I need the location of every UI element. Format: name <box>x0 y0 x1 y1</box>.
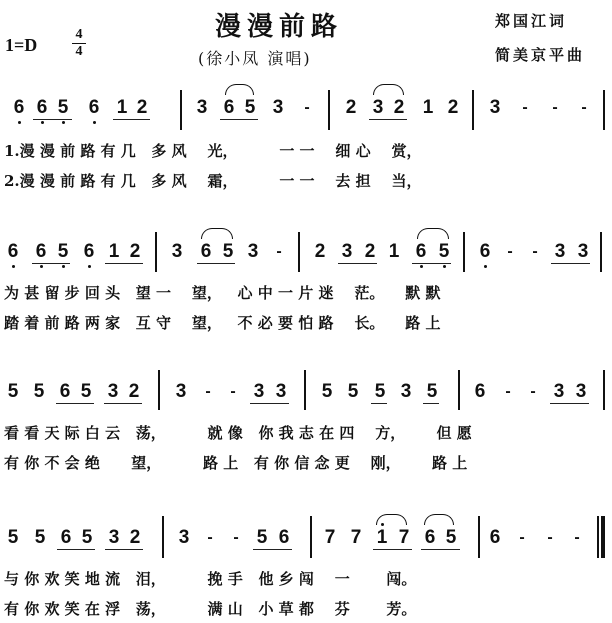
bar-line <box>158 370 160 410</box>
lower-octave-dot <box>484 265 487 268</box>
lyric-verse-1: 为 甚 留 步 回 头 望 一 望， 心 中 一 片 迷 茫。 默 默 <box>4 284 440 302</box>
note: 3 <box>274 382 288 402</box>
dash-extension: - <box>548 98 562 118</box>
note: 6 <box>277 528 291 548</box>
eighth-note-beam <box>373 549 412 550</box>
lyric-verse-2: 有 你 欢 笑 在 浮 荡， 满 山 小 草 都 芬 芳。 <box>4 600 416 618</box>
eighth-note-beam <box>369 119 407 120</box>
lyric-verse-1: 与 你 欢 笑 地 流 泪， 挽 手 他 乡 闯 一 闯。 <box>4 570 416 588</box>
time-signature-bottom: 4 <box>72 45 86 59</box>
note: 7 <box>349 528 363 548</box>
bar-line <box>458 370 460 410</box>
dash-extension: - <box>577 98 591 118</box>
note: 6 <box>12 98 26 118</box>
note: 3 <box>271 98 285 118</box>
note: 5 <box>444 528 458 548</box>
bar-line <box>603 90 605 130</box>
note: 6 <box>222 98 236 118</box>
note: 7 <box>397 528 411 548</box>
slur-arc <box>201 228 233 239</box>
eighth-note-beam <box>412 263 451 264</box>
dash-extension: - <box>203 528 217 548</box>
dash-extension: - <box>518 98 532 118</box>
note: 5 <box>6 528 20 548</box>
note: 2 <box>392 98 406 118</box>
note: 3 <box>174 382 188 402</box>
eighth-note-beam <box>423 403 439 404</box>
note: 2 <box>344 98 358 118</box>
lyricist-credit: 郑国江词 <box>495 10 567 31</box>
bar-line <box>155 232 157 272</box>
note: 5 <box>243 98 257 118</box>
lower-octave-dot <box>41 121 44 124</box>
eighth-note-beam <box>421 549 460 550</box>
note: 1 <box>107 242 121 262</box>
lower-octave-dot <box>62 121 65 124</box>
lower-octave-dot <box>12 265 15 268</box>
lower-octave-dot <box>40 265 43 268</box>
lower-octave-dot <box>443 265 446 268</box>
note: 5 <box>32 382 46 402</box>
lower-octave-dot <box>62 265 65 268</box>
note: 2 <box>313 242 327 262</box>
note: 3 <box>488 98 502 118</box>
note: 6 <box>478 242 492 262</box>
note: 3 <box>170 242 184 262</box>
dash-extension: - <box>570 528 584 548</box>
note: 2 <box>127 382 141 402</box>
lyric-verse-2: 踏 着 前 路 两 家 互 守 望， 不 必 要 怕 路 长。 路 上 <box>4 314 440 332</box>
dash-extension: - <box>229 528 243 548</box>
note: 6 <box>473 382 487 402</box>
note: 5 <box>437 242 451 262</box>
note: 2 <box>135 98 149 118</box>
note: 6 <box>34 242 48 262</box>
note: 3 <box>340 242 354 262</box>
note: 3 <box>106 382 120 402</box>
slur-arc <box>376 514 407 525</box>
note: 5 <box>255 528 269 548</box>
bar-line <box>472 90 474 130</box>
bar-line <box>304 370 306 410</box>
eighth-note-beam <box>56 403 94 404</box>
bar-line <box>310 516 312 558</box>
note: 6 <box>414 242 428 262</box>
lower-octave-dot <box>420 265 423 268</box>
eighth-note-beam <box>550 403 589 404</box>
note: 3 <box>252 382 266 402</box>
note: 2 <box>363 242 377 262</box>
note: 5 <box>33 528 47 548</box>
composer-credit: 简美京平曲 <box>495 44 585 65</box>
note: 5 <box>56 242 70 262</box>
note: 3 <box>574 382 588 402</box>
bar-line <box>328 90 330 130</box>
note: 5 <box>56 98 70 118</box>
eighth-note-beam <box>33 119 72 120</box>
note: 2 <box>446 98 460 118</box>
dash-extension: - <box>526 382 540 402</box>
time-signature: 4 4 <box>72 28 86 59</box>
dash-extension: - <box>503 242 517 262</box>
eighth-note-beam <box>250 403 289 404</box>
time-signature-top: 4 <box>72 28 86 42</box>
note: 3 <box>195 98 209 118</box>
note: 3 <box>246 242 260 262</box>
lyric-verse-2: 有 你 不 会 绝 望， 路 上 有 你 信 念 更 刚， 路 上 <box>4 454 467 472</box>
dash-extension: - <box>515 528 529 548</box>
song-title: 漫漫前路 <box>215 6 343 43</box>
note: 3 <box>177 528 191 548</box>
note: 5 <box>79 382 93 402</box>
lyric-verse-2: 2.漫 漫 前 路 有 几 多 风 霜， 一 一 去 担 当， <box>4 172 422 190</box>
eighth-note-beam <box>338 263 377 264</box>
dash-extension: - <box>543 528 557 548</box>
bar-line <box>180 90 182 130</box>
eighth-note-beam <box>253 549 292 550</box>
eighth-note-beam <box>57 549 95 550</box>
eighth-note-beam <box>104 403 142 404</box>
note: 6 <box>488 528 502 548</box>
note: 2 <box>128 242 142 262</box>
eighth-note-beam <box>371 403 387 404</box>
bar-line <box>162 516 164 558</box>
lyric-verse-1: 看 看 天 际 白 云 荡， 就 像 你 我 志 在 四 方， 但 愿 <box>4 424 472 442</box>
note: 3 <box>576 242 590 262</box>
eighth-note-beam <box>32 263 70 264</box>
eighth-note-beam <box>220 119 258 120</box>
eighth-note-beam <box>551 263 590 264</box>
lyric-verse-1: 1.漫 漫 前 路 有 几 多 风 光， 一 一 细 心 赏， <box>4 142 422 160</box>
eighth-note-beam <box>105 549 143 550</box>
note: 5 <box>346 382 360 402</box>
bar-line <box>298 232 300 272</box>
note: 5 <box>221 242 235 262</box>
eighth-note-beam <box>105 263 143 264</box>
note: 5 <box>373 382 387 402</box>
final-bar-thin <box>597 516 599 558</box>
note: 1 <box>115 98 129 118</box>
dash-extension: - <box>201 382 215 402</box>
note: 1 <box>387 242 401 262</box>
note: 2 <box>128 528 142 548</box>
note: 6 <box>59 528 73 548</box>
note: 5 <box>80 528 94 548</box>
note: 3 <box>553 242 567 262</box>
dash-extension: - <box>226 382 240 402</box>
note: 3 <box>371 98 385 118</box>
note: 6 <box>87 98 101 118</box>
dash-extension: - <box>300 98 314 118</box>
note: 3 <box>399 382 413 402</box>
bar-line <box>478 516 480 558</box>
slur-arc <box>424 514 454 525</box>
note: 6 <box>423 528 437 548</box>
note: 5 <box>320 382 334 402</box>
bar-line <box>463 232 465 272</box>
dash-extension: - <box>501 382 515 402</box>
lower-octave-dot <box>93 121 96 124</box>
bar-line <box>603 370 605 410</box>
lower-octave-dot <box>18 121 21 124</box>
note: 5 <box>425 382 439 402</box>
eighth-note-beam <box>197 263 235 264</box>
note: 6 <box>58 382 72 402</box>
note: 7 <box>323 528 337 548</box>
lower-octave-dot <box>88 265 91 268</box>
dash-extension: - <box>272 242 286 262</box>
note: 6 <box>82 242 96 262</box>
note: 5 <box>6 382 20 402</box>
singer-credit: (徐小凤 演唱) <box>198 46 312 69</box>
key-signature: 1=D <box>5 35 37 56</box>
dash-extension: - <box>528 242 542 262</box>
note: 6 <box>6 242 20 262</box>
slur-arc <box>417 228 449 239</box>
note: 3 <box>107 528 121 548</box>
note: 3 <box>552 382 566 402</box>
bar-line <box>600 232 602 272</box>
eighth-note-beam <box>113 119 150 120</box>
slur-arc <box>373 84 404 95</box>
note: 1 <box>375 528 389 548</box>
slur-arc <box>225 84 254 95</box>
note: 1 <box>421 98 435 118</box>
final-bar-thick <box>601 516 605 558</box>
note: 6 <box>199 242 213 262</box>
note: 6 <box>35 98 49 118</box>
